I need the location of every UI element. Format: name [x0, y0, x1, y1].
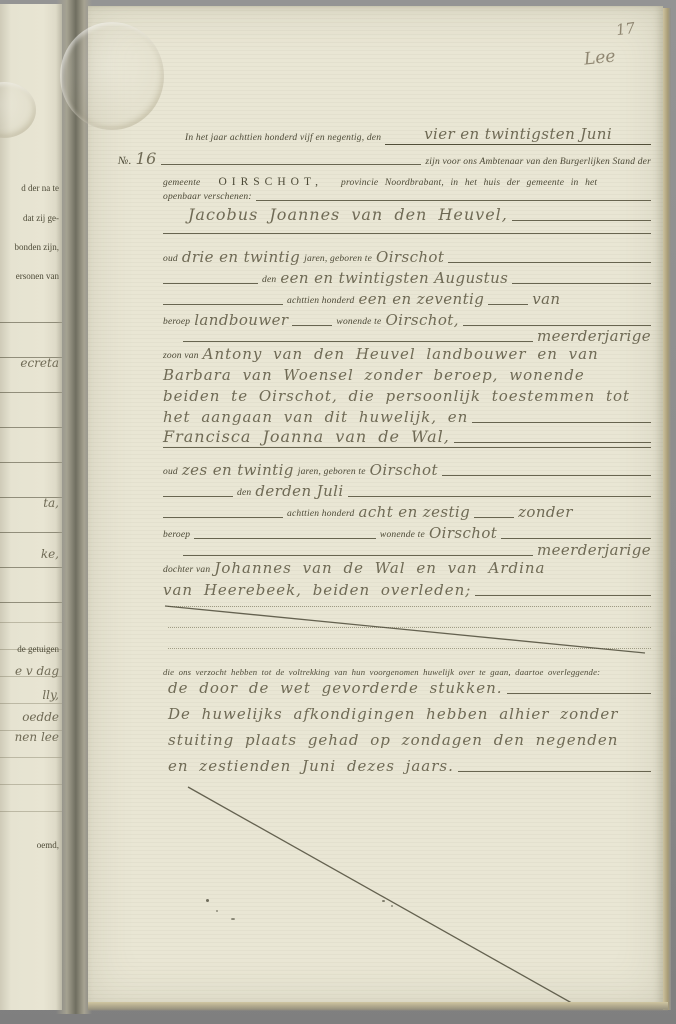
left-page-text-fragment: de getuigen [17, 644, 59, 654]
ink-speck [231, 918, 235, 920]
groom-parents-handwritten-1: Antony van den Heuvel landbouwer en van [203, 346, 599, 363]
fill-line [442, 475, 651, 476]
form-row-bride-majority: meerderjarige [183, 542, 651, 559]
bride-residence-handwritten: Oirschot [429, 525, 497, 542]
fill-line [168, 606, 651, 607]
fill-line [168, 627, 651, 628]
form-row-bride-occupation: beroep wonende te Oirschot [163, 525, 651, 542]
fill-line [163, 233, 651, 234]
form-row-bride-age: oud zes en twintig jaren, geboren te Oir… [163, 462, 651, 479]
fill-line [348, 496, 651, 497]
pencil-note: Lee [583, 46, 616, 69]
page-bottom-edge [88, 1002, 668, 1011]
documents-handwritten: de door de wet gevorderde stukken. [168, 680, 503, 697]
left-page-handwriting-fragment: ecreta [20, 356, 59, 370]
left-page-text-fragment: dat zij ge- [23, 213, 59, 223]
groom-age-handwritten: drie en twintig [182, 249, 300, 266]
form-row-request: die ons verzocht hebben tot de voltrekki… [163, 662, 653, 680]
groom-occupation-handwritten: landbouwer [194, 312, 288, 329]
form-row-banns-1: De huwelijks afkondigingen hebben alhier… [168, 706, 651, 723]
age-label: oud [163, 467, 178, 479]
public-printed-text: openbaar verschenen: [163, 192, 252, 204]
official-printed-text: zijn voor ons Ambtenaar van den Burgerli… [425, 157, 651, 169]
honderd-label: achttien honderd [287, 509, 355, 521]
form-row-groom-birthday: den een en twintigsten Augustus [163, 270, 651, 287]
photographed-register-book: d der na te dat zij ge- bonden zijn, ers… [0, 0, 676, 1024]
form-row-groom-age: oud drie en twintig jaren, geboren te Oi… [163, 249, 651, 266]
age-label: oud [163, 254, 178, 266]
left-page-handwriting-fragment: oedde [22, 710, 59, 724]
bride-parents-handwritten-1: Johannes van de Wal en van Ardina [214, 560, 545, 577]
left-page-handwriting-fragment: nen lee [15, 730, 59, 744]
fill-line [292, 325, 332, 326]
form-row-bride-birthday: den derden Juli [163, 483, 651, 500]
previous-page-strip: d der na te dat zij ge- bonden zijn, ers… [0, 4, 62, 1010]
fill-line [163, 283, 258, 284]
ink-speck [216, 910, 218, 912]
fill-line [507, 693, 651, 694]
fill-line [501, 538, 651, 539]
ink-speck [391, 905, 393, 907]
honderd-label: achttien honderd [287, 296, 355, 308]
fill-line [161, 164, 422, 165]
form-row-bride-parents-2: van Heerebeek, beiden overleden; [163, 582, 651, 599]
form-row-groom-name: Jacobus Joannes van den Heuvel, [188, 206, 651, 224]
bride-birthday-handwritten: derden Juli [255, 483, 343, 500]
form-row-documents: de door de wet gevorderde stukken. [168, 680, 651, 697]
left-page-handwriting-fragment: e v dag [15, 664, 59, 678]
fill-line [454, 442, 651, 443]
form-row-bride-parents: dochter van Johannes van de Wal en van A… [163, 560, 651, 577]
form-row-groom-majority: meerderjarige [183, 328, 651, 345]
form-row-act-number: №. 16 zijn voor ons Ambtenaar van den Bu… [118, 150, 651, 168]
groom-residence-handwritten: Oirschot, [385, 312, 458, 329]
form-row-bride-name: Francisca Joanna van de Wal, [163, 428, 651, 446]
left-page-text-fragment: ersonen van [16, 271, 59, 281]
act-number-label: №. [118, 155, 132, 169]
left-page-text-fragment: bonden zijn, [15, 242, 60, 252]
fill-line: vier en twintigsten Juni [385, 126, 651, 145]
bride-zonder-handwritten: zonder [518, 504, 573, 521]
form-row-groom-birthyear: achttien honderd een en zeventig van [163, 291, 651, 308]
ink-speck [382, 900, 385, 902]
groom-van-handwritten: van [532, 291, 560, 308]
book-gutter-shadow [56, 0, 92, 1014]
fill-line [163, 496, 233, 497]
banns-handwritten-3: en zestienden Juni dezes jaars. [168, 758, 454, 775]
form-row-groom-parents-4: het aangaan van dit huwelijk, en [163, 409, 651, 426]
groom-parents-handwritten-2: Barbara van Woensel zonder beroep, wonen… [163, 367, 585, 384]
fill-line [488, 304, 528, 305]
son-label: zoon van [163, 351, 199, 363]
banns-handwritten-2: stuiting plaats gehad op zondagen den ne… [168, 732, 618, 749]
fill-line [194, 538, 376, 539]
groom-parents-handwritten-3: beiden te Oirschot, die persoonlijk toes… [163, 388, 630, 405]
born-label: jaren, geboren te [304, 254, 372, 266]
fill-line [475, 595, 651, 596]
fill-line [168, 648, 651, 649]
born-label: jaren, geboren te [298, 467, 366, 479]
form-row-opening: In het jaar achttien honderd vijf en neg… [185, 126, 651, 145]
rule-line [163, 447, 651, 451]
form-row-groom-parents-3: beiden te Oirschot, die persoonlijk toes… [163, 388, 651, 405]
embossed-seal-small [0, 82, 36, 138]
groom-birthday-handwritten: een en twintigsten Augustus [280, 270, 508, 287]
groom-majority-handwritten: meerderjarige [537, 328, 651, 345]
fill-line [512, 220, 651, 221]
den-label: den [262, 275, 276, 287]
gemeente-label: gemeente [163, 178, 200, 188]
fill-line [163, 517, 283, 518]
fill-line [183, 555, 533, 556]
blank-rule-dotted [168, 606, 651, 610]
wonende-label: wonende te [380, 530, 425, 542]
form-row-banns-2: stuiting plaats gehad op zondagen den ne… [168, 732, 651, 749]
fill-line [163, 304, 283, 305]
bride-parents-handwritten-2: van Heerebeek, beiden overleden; [163, 582, 471, 599]
bride-age-handwritten: zes en twintig [182, 462, 294, 479]
bride-majority-handwritten: meerderjarige [537, 542, 651, 559]
form-row-appeared: openbaar verschenen: [163, 192, 651, 204]
fill-line [163, 447, 651, 448]
fill-line [183, 341, 533, 342]
page-stack-edge [663, 8, 671, 1010]
fill-line [472, 422, 651, 423]
beroep-label: beroep [163, 530, 190, 542]
fill-line [256, 200, 651, 201]
act-number-value: 16 [136, 150, 157, 168]
blank-rule-dotted [168, 627, 651, 631]
province-printed-text: provincie Noordbrabant, in het huis der … [341, 178, 597, 188]
fill-line [474, 517, 514, 518]
form-row-groom-parents: zoon van Antony van den Heuvel landbouwe… [163, 346, 651, 363]
blank-rule-dotted [168, 648, 651, 652]
rule-line [163, 233, 651, 237]
daughter-label: dochter van [163, 565, 210, 577]
marriage-record-page: 17 Lee In het jaar achttien honderd vijf… [88, 6, 663, 1006]
left-page-text-fragment: d der na te [21, 183, 59, 193]
form-row-bride-birthyear: achttien honderd acht en zestig zonder [163, 504, 651, 521]
form-row-banns-3: en zestienden Juni dezes jaars. [168, 758, 651, 775]
fill-line [458, 771, 651, 772]
form-row-municipality: gemeente OIRSCHOT, provincie Noordbraban… [163, 172, 651, 190]
ink-speck [206, 899, 209, 902]
form-row-groom-parents-2: Barbara van Woensel zonder beroep, wonen… [163, 367, 651, 384]
folio-number-pencil: 17 [615, 19, 636, 39]
opening-printed-text: In het jaar achttien honderd vijf en neg… [185, 133, 381, 145]
municipality-name: OIRSCHOT, [218, 176, 323, 188]
fill-line [512, 283, 651, 284]
bride-name-handwritten: Francisca Joanna van de Wal, [163, 428, 450, 446]
groom-name-handwritten: Jacobus Joannes van den Heuvel, [188, 206, 508, 224]
den-label: den [237, 488, 251, 500]
groom-parents-handwritten-4: het aangaan van dit huwelijk, en [163, 409, 468, 426]
bride-birthyear-handwritten: acht en zestig [359, 504, 471, 521]
groom-birthplace-handwritten: Oirschot [376, 249, 444, 266]
banns-handwritten-1: De huwelijks afkondigingen hebben alhier… [168, 706, 618, 723]
groom-birthyear-handwritten: een en zeventig [359, 291, 485, 308]
fill-line [448, 262, 651, 263]
bride-birthplace-handwritten: Oirschot [370, 462, 438, 479]
marriage-date-handwritten: vier en twintigsten Juni [424, 125, 612, 143]
request-printed-text: die ons verzocht hebben tot de voltrekki… [163, 667, 600, 677]
